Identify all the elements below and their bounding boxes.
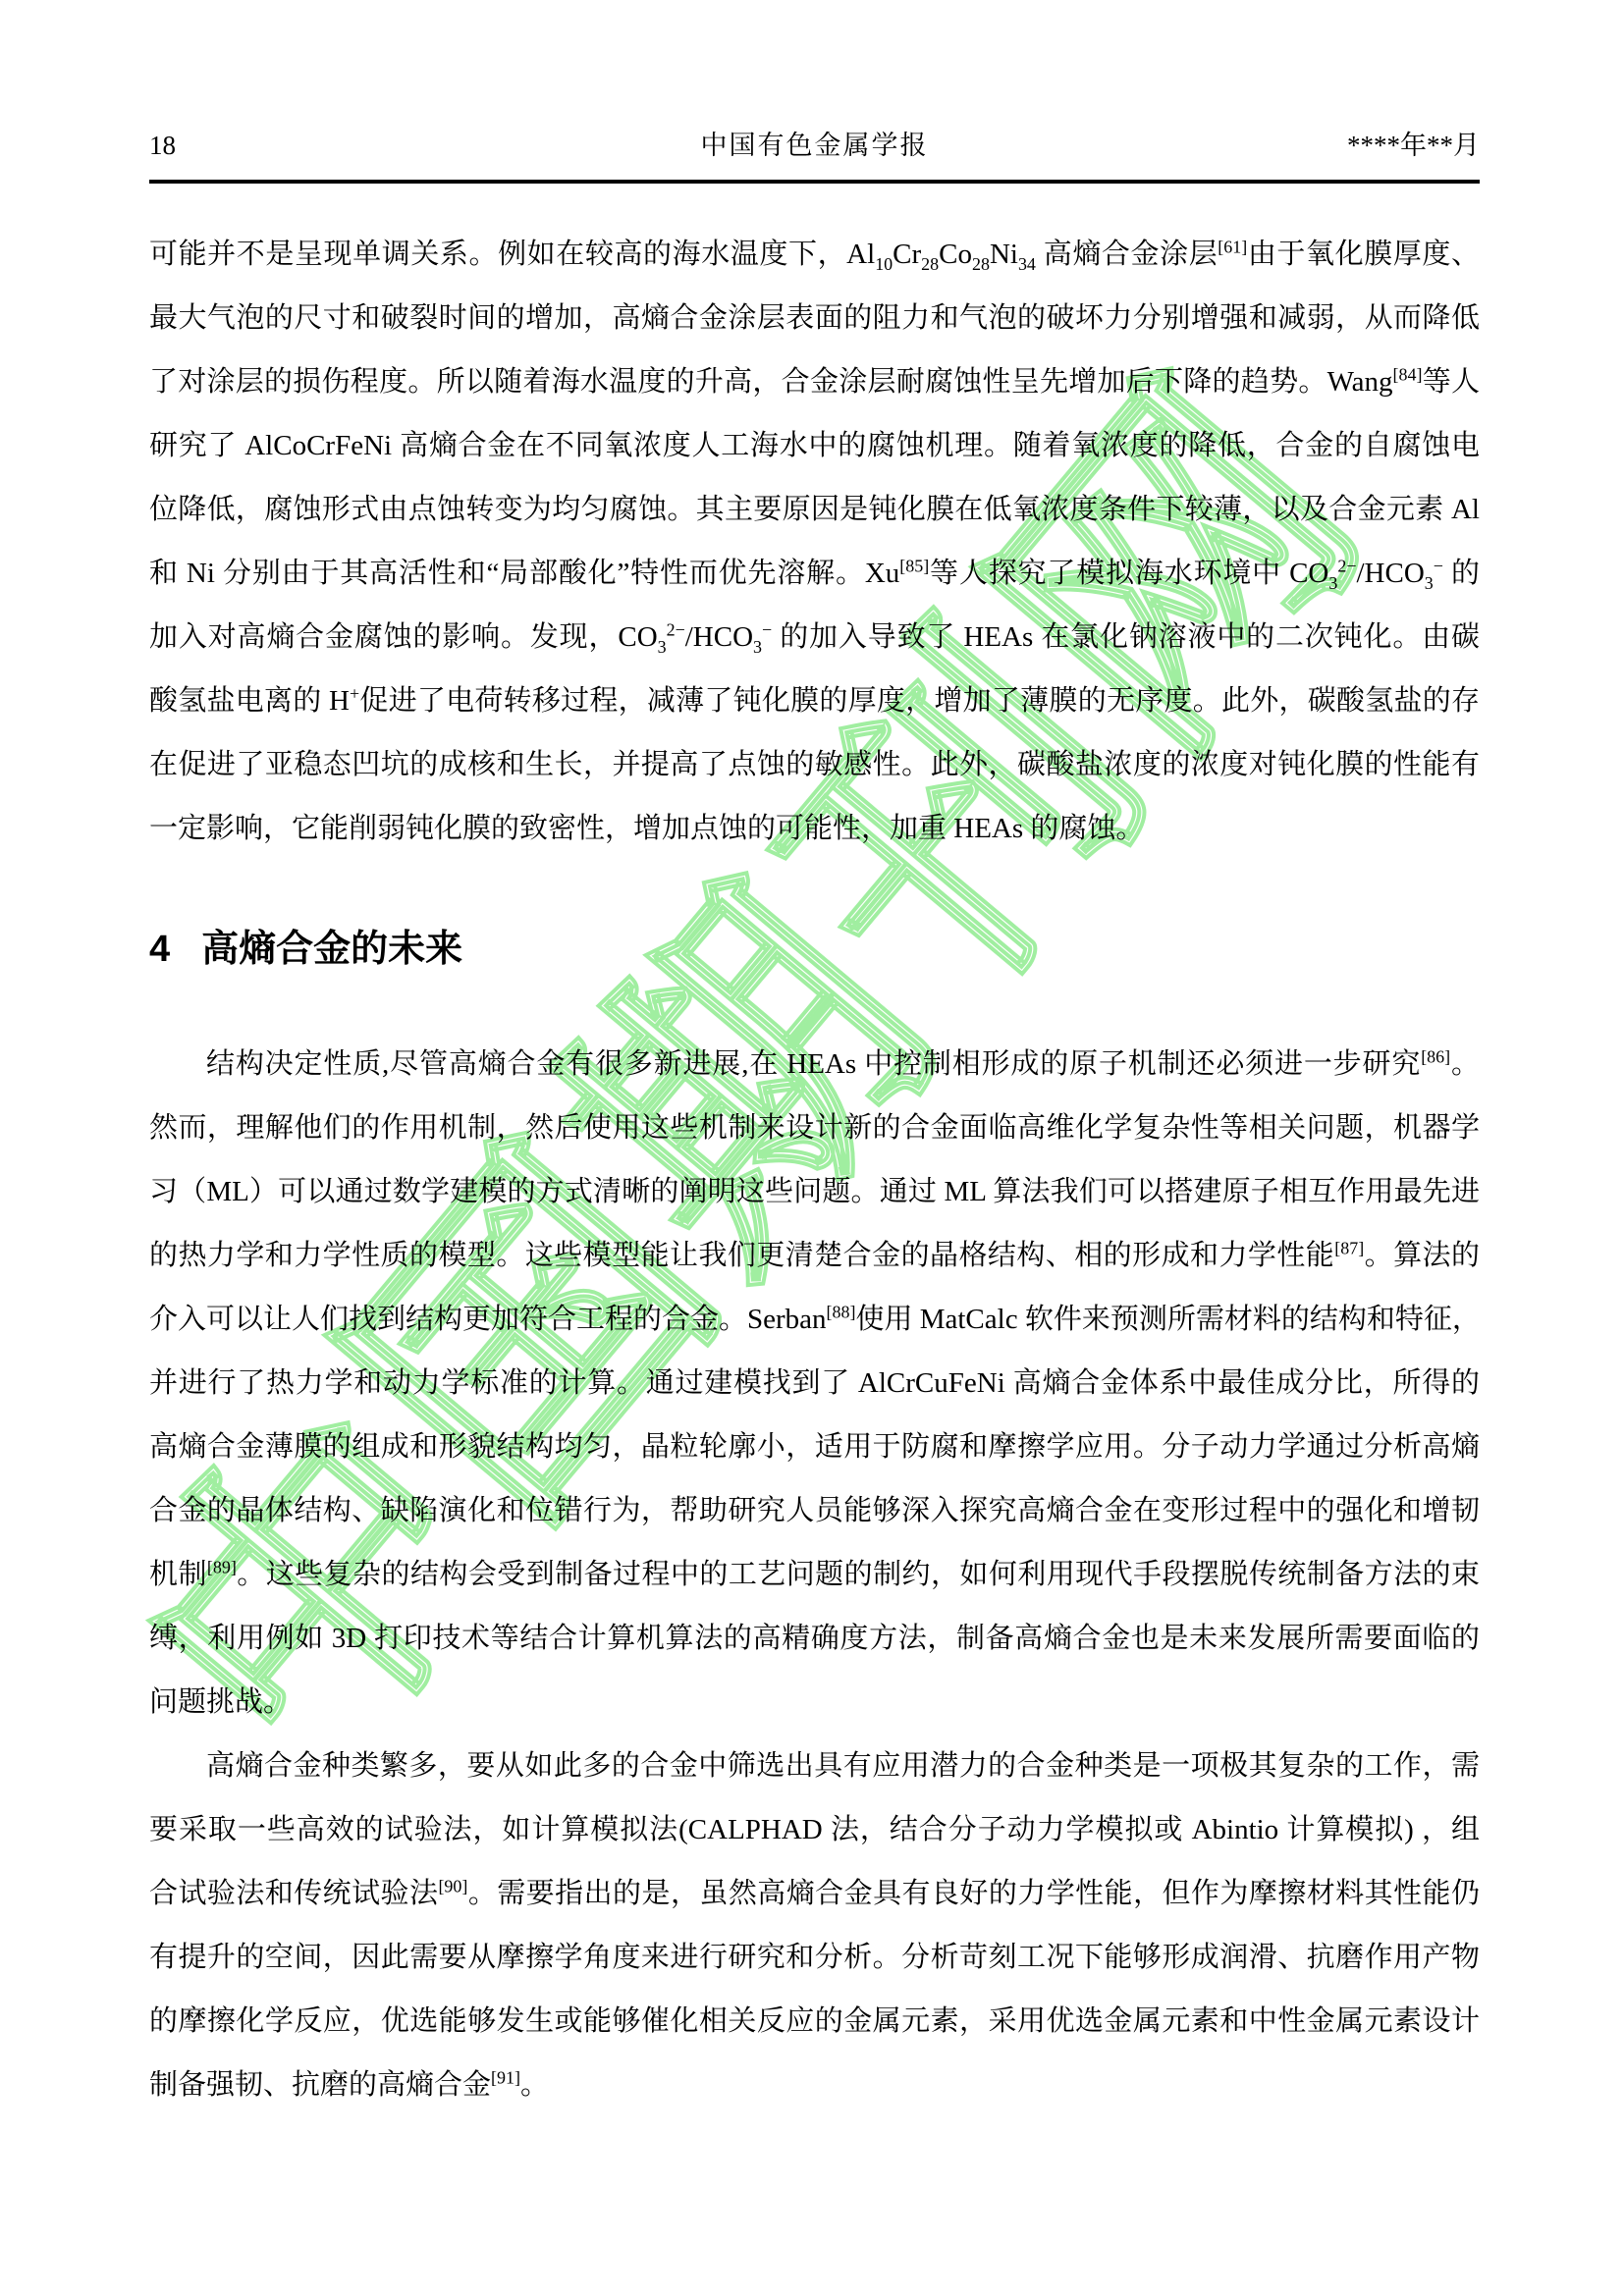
paragraph: 结构决定性质,尽管高熵合金有很多新进展,在 HEAs 中控制相形成的原子机制还必…: [149, 1033, 1480, 1735]
issue-date: ****年**月: [929, 130, 1481, 161]
text-line: 加入对高熵合金腐蚀的影响。发现，CO32−/HCO3− 的加入导致了 HEAs …: [149, 606, 1480, 669]
text-line: 习（ML）可以通过数学建模的方式清晰的阐明这些问题。通过 ML 算法我们可以搭建…: [149, 1160, 1480, 1224]
journal-title: 中国有色金属学报: [701, 130, 929, 161]
document-page: 18 中国有色金属学报 ****年**月 中国期刊网 可能并不是呈现单调关系。例…: [0, 0, 1624, 2296]
text-line: 介入可以让人们找到结构更加符合工程的合金。Serban[88]使用 MatCal…: [149, 1288, 1480, 1352]
text-line: 缚，利用例如 3D 打印技术等结合计算机算法的高精确度方法，制备高熵合金也是未来…: [149, 1607, 1480, 1671]
page-header: 18 中国有色金属学报 ****年**月: [149, 130, 1480, 161]
text-line: 研究了 AlCoCrFeNi 高熵合金在不同氧浓度人工海水中的腐蚀机理。随着氧浓…: [149, 414, 1480, 478]
text-line: 问题挑战。: [149, 1671, 1480, 1735]
text-line: 合试验法和传统试验法[90]。需要指出的是，虽然高熵合金具有良好的力学性能，但作…: [149, 1862, 1480, 1926]
text-line: 要采取一些高效的试验法，如计算模拟法(CALPHAD 法，结合分子动力学模拟或 …: [149, 1798, 1480, 1862]
header-rule: [149, 180, 1480, 184]
text-line: 有提升的空间，因此需要从摩擦学角度来进行研究和分析。分析苛刻工况下能够形成润滑、…: [149, 1926, 1480, 1990]
text-line: 合金的晶体结构、缺陷演化和位错行为，帮助研究人员能够深入探究高熵合金在变形过程中…: [149, 1479, 1480, 1543]
page-number: 18: [149, 130, 701, 161]
text-line: 机制[89]。这些复杂的结构会受到制备过程中的工艺问题的制约，如何利用现代手段摆…: [149, 1543, 1480, 1607]
text-line: 在促进了亚稳态凹坑的成核和生长，并提高了点蚀的敏感性。此外，碳酸盐浓度的浓度对钝…: [149, 733, 1480, 797]
text-line: 的热力学和力学性质的模型。这些模型能让我们更清楚合金的晶格结构、相的形成和力学性…: [149, 1224, 1480, 1288]
text-line: 最大气泡的尺寸和破裂时间的增加，高熵合金涂层表面的阻力和气泡的破坏力分别增强和减…: [149, 287, 1480, 350]
text-line: 制备强韧、抗磨的高熵合金[91]。: [149, 2054, 1480, 2117]
text-line: 高熵合金薄膜的组成和形貌结构均匀，晶粒轮廓小，适用于防腐和摩擦学应用。分子动力学…: [149, 1415, 1480, 1479]
text-line: 高熵合金种类繁多，要从如此多的合金中筛选出具有应用潜力的合金种类是一项极其复杂的…: [149, 1735, 1480, 1798]
text-line: 一定影响，它能削弱钝化膜的致密性，增加点蚀的可能性，加重 HEAs 的腐蚀。: [149, 797, 1480, 861]
text-line: 并进行了热力学和动力学标准的计算。通过建模找到了 AlCrCuFeNi 高熵合金…: [149, 1352, 1480, 1415]
text-line: 结构决定性质,尽管高熵合金有很多新进展,在 HEAs 中控制相形成的原子机制还必…: [149, 1033, 1480, 1096]
text-line: 可能并不是呈现单调关系。例如在较高的海水温度下，Al10Cr28Co28Ni34…: [149, 223, 1480, 287]
text-line: 和 Ni 分别由于其高活性和“局部酸化”特性而优先溶解。Xu[85]等人探究了模…: [149, 542, 1480, 606]
section-title: 高熵合金的未来: [201, 929, 462, 970]
text-line: 了对涂层的损伤程度。所以随着海水温度的升高，合金涂层耐腐蚀性呈先增加后下降的趋势…: [149, 350, 1480, 414]
text-line: 的摩擦化学反应，优选能够发生或能够催化相关反应的金属元素，采用优选金属元素和中性…: [149, 1990, 1480, 2054]
text-line: 位降低，腐蚀形式由点蚀转变为均匀腐蚀。其主要原因是钝化膜在低氧浓度条件下较薄，以…: [149, 478, 1480, 542]
text-line: 酸氢盐电离的 H+促进了电荷转移过程，减薄了钝化膜的厚度，增加了薄膜的无序度。此…: [149, 669, 1480, 733]
section-heading: 4高熵合金的未来: [149, 927, 462, 972]
paragraph: 高熵合金种类繁多，要从如此多的合金中筛选出具有应用潜力的合金种类是一项极其复杂的…: [149, 1735, 1480, 2117]
text-line: 然而，理解他们的作用机制，然后使用这些机制来设计新的合金面临高维化学复杂性等相关…: [149, 1096, 1480, 1160]
paragraph: 可能并不是呈现单调关系。例如在较高的海水温度下，Al10Cr28Co28Ni34…: [149, 223, 1480, 861]
section-number: 4: [149, 929, 170, 970]
